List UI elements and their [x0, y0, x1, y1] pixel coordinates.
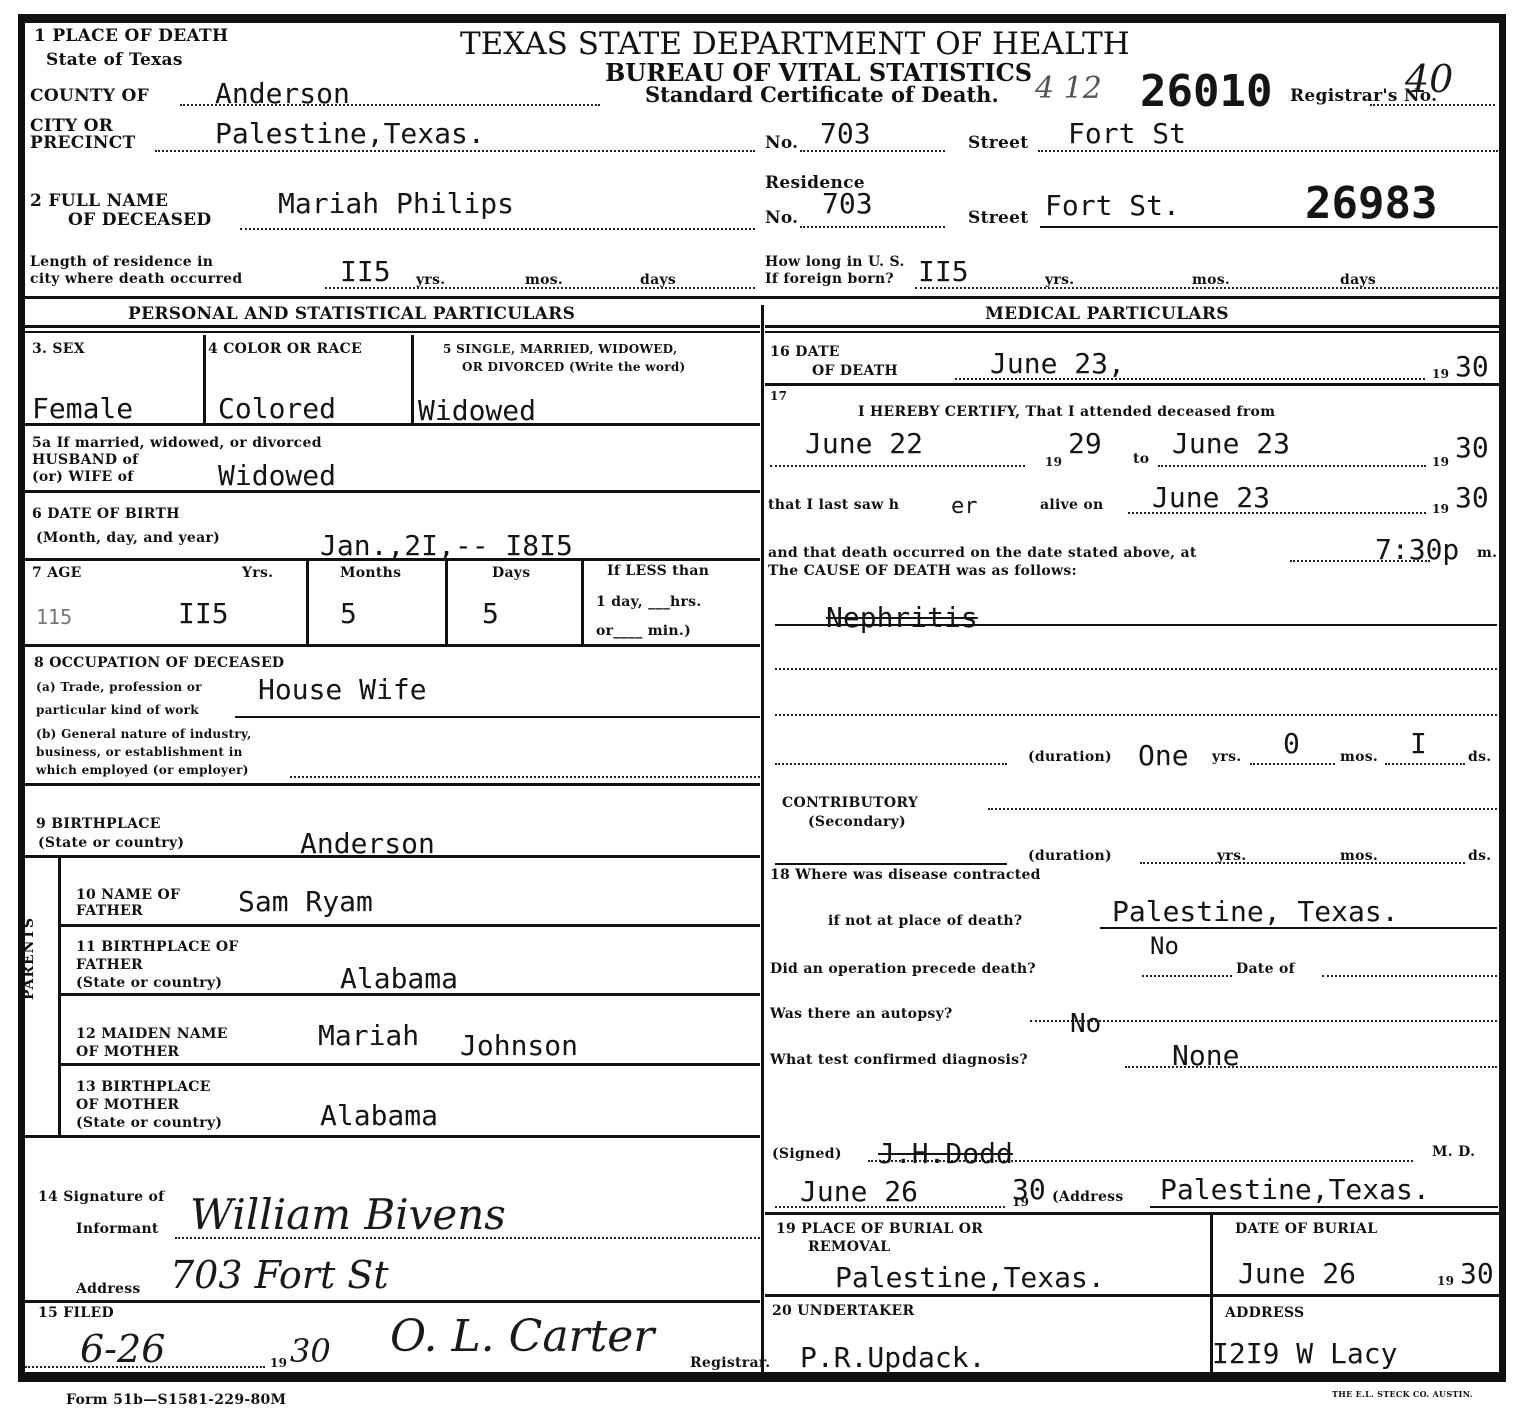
registrar-no: 40 — [1405, 60, 1453, 98]
duration-days-line — [1385, 763, 1465, 765]
contributory-label-2: (Secondary) — [808, 815, 906, 830]
personal-section-title: PERSONAL AND STATISTICAL PARTICULARS — [128, 306, 575, 323]
mother-bp-value: Alabama — [320, 1102, 438, 1130]
page-title: TEXAS STATE DEPARTMENT OF HEALTH — [460, 26, 1130, 62]
dod-year-prefix: 19 — [1432, 368, 1449, 381]
father-label-2: FATHER — [76, 904, 143, 919]
not-at-place-value: Palestine, Texas. — [1112, 898, 1399, 926]
registrar-label: Registrar. — [690, 1356, 770, 1371]
duration-days: I — [1410, 730, 1427, 758]
race-value: Colored — [218, 395, 336, 423]
dod-label-2: OF DEATH — [812, 364, 898, 379]
parents-label: PARENTS — [22, 917, 37, 1000]
burial-label-1: 19 PLACE OF BURIAL OR — [776, 1222, 983, 1237]
medical-title-rule-1 — [765, 325, 1500, 328]
cause-line-2 — [775, 668, 1497, 670]
duration-years: One — [1138, 742, 1189, 770]
contributory-ds-label: ds. — [1468, 849, 1491, 864]
row-rule-sex — [25, 423, 760, 426]
age-months-divider — [445, 560, 448, 644]
last-saw-date: June 23 — [1152, 484, 1270, 512]
undertaker-address-label: ADDRESS — [1225, 1306, 1304, 1321]
to-label: to — [1133, 452, 1149, 467]
row-rule-mother — [60, 1063, 760, 1066]
autopsy-value: No — [1070, 1010, 1101, 1038]
physician-address-label: (Address — [1052, 1190, 1124, 1205]
contributory-duration-line — [1140, 862, 1465, 864]
father-bp-label-1: 11 BIRTHPLACE OF — [76, 940, 239, 955]
county-label: COUNTY OF — [30, 88, 149, 105]
duration-months-line — [1250, 763, 1335, 765]
cert-number: 17 — [770, 390, 787, 403]
burial-year-prefix: 19 — [1437, 1275, 1454, 1288]
cause-line-1 — [775, 624, 1497, 626]
length-mos-label: mos. — [525, 273, 563, 288]
cause-line-3 — [775, 714, 1497, 716]
birthplace-label-2: (State or country) — [38, 836, 184, 851]
cert-text: I HEREBY CERTIFY, That I attended deceas… — [858, 405, 1275, 420]
sex-label: 3. SEX — [32, 342, 85, 357]
father-label-1: 10 NAME OF — [76, 888, 180, 903]
file-number: 26983 — [1305, 182, 1437, 226]
length-label-2: city where death occurred — [30, 272, 242, 287]
dob-value: Jan.,2I,-- I8I5 — [320, 532, 573, 560]
months-label: Months — [340, 566, 401, 581]
undertaker-label: 20 UNDERTAKER — [772, 1304, 914, 1319]
informant-address-label: Address — [76, 1282, 141, 1297]
dod-label-1: 16 DATE — [770, 345, 840, 360]
us-label-2: If foreign born? — [765, 272, 894, 287]
row-rule-dob — [25, 558, 760, 561]
res-no-value: 703 — [822, 190, 873, 218]
res-street-label: Street — [968, 210, 1028, 227]
informant-signature: William Bivens — [190, 1196, 506, 1234]
duration-months: 0 — [1283, 730, 1300, 758]
burial-year: 30 — [1460, 1260, 1494, 1288]
personal-title-rule-2 — [25, 331, 760, 333]
duration-label: (duration) — [1028, 750, 1112, 765]
row-rule-father — [60, 924, 760, 927]
informant-address: 703 Fort St — [170, 1256, 389, 1294]
no-label: No. — [765, 135, 798, 152]
dob-label-1: 6 DATE OF BIRTH — [32, 507, 180, 522]
res-street-value: Fort St. — [1045, 192, 1180, 220]
trade-label-2: particular kind of work — [36, 704, 199, 717]
contributory-label-1: CONTRIBUTORY — [782, 796, 918, 811]
contributory-line — [988, 808, 1497, 810]
dod-value: June 23, — [990, 350, 1125, 378]
marital-label-1: 5 SINGLE, MARRIED, WIDOWED, — [443, 343, 677, 356]
operation-line — [1142, 975, 1232, 977]
duration-mos-label: mos. — [1340, 750, 1378, 765]
physician-address: Palestine,Texas. — [1160, 1176, 1430, 1204]
age-label: 7 AGE — [32, 566, 82, 581]
filed-year: 30 — [290, 1332, 331, 1370]
spouse-label-3: (or) WIFE of — [32, 470, 134, 485]
us-label-1: How long in U. S. — [765, 255, 905, 270]
to-date-line — [1158, 465, 1426, 467]
row-rule-age — [25, 644, 760, 647]
signed-date-line — [775, 1206, 1005, 1208]
no-value: 703 — [820, 120, 871, 148]
marital-value: Widowed — [418, 397, 536, 425]
res-no-line — [800, 226, 945, 228]
parents-divider — [58, 858, 61, 1136]
row-rule-father-bp — [60, 993, 760, 996]
signed-date: June 26 — [800, 1178, 918, 1206]
filed-year-prefix: 19 — [270, 1357, 287, 1370]
duration-yrs-label: yrs. — [1212, 750, 1241, 765]
spouse-value: Widowed — [218, 462, 336, 490]
sex-race-divider — [203, 335, 206, 423]
date-of-line — [1322, 975, 1497, 977]
time-suffix: m. — [1477, 546, 1497, 561]
father-bp-label-2: FATHER — [76, 958, 143, 973]
not-at-place-label: if not at place of death? — [828, 914, 1022, 929]
us-yrs-label: yrs. — [1045, 273, 1074, 288]
industry-label-2: business, or establishment in — [36, 746, 243, 759]
personal-title-rule-1 — [25, 325, 760, 328]
age-years-divider — [306, 560, 309, 644]
contributory-duration-label: (duration) — [1028, 849, 1112, 864]
burial-label-2: REMOVAL — [808, 1240, 890, 1255]
autopsy-label: Was there an autopsy? — [770, 1007, 953, 1022]
row-rule-dod — [765, 383, 1500, 386]
test-value: None — [1172, 1042, 1239, 1070]
street-label: Street — [968, 135, 1028, 152]
operation-value: No — [1150, 932, 1179, 960]
attended-from-year: 29 — [1068, 430, 1102, 458]
us-years: II5 — [918, 258, 969, 286]
industry-line — [290, 776, 760, 778]
trade-line — [235, 716, 760, 718]
attended-to-year: 30 — [1455, 434, 1489, 462]
row-rule-mother-bp — [25, 1135, 760, 1138]
top-section-divider — [25, 296, 1500, 299]
stamp-number: 26010 — [1140, 70, 1272, 114]
last-saw-pronoun: er — [951, 493, 978, 521]
mother-label-1: 12 MAIDEN NAME — [76, 1027, 228, 1042]
mother-bp-label-3: (State or country) — [76, 1116, 222, 1131]
city-value: Palestine,Texas. — [215, 120, 485, 148]
registrar-signature: O. L. Carter — [390, 1318, 654, 1356]
county-value: Anderson — [215, 80, 350, 108]
father-value: Sam Ryam — [238, 888, 373, 916]
last-saw-label-1: that I last saw h — [768, 498, 899, 513]
place-of-death-label: 1 PLACE OF DEATH — [34, 28, 228, 45]
full-name-label-2: OF DECEASED — [68, 212, 211, 229]
filed-date-line — [25, 1366, 265, 1368]
race-marital-divider — [411, 335, 414, 423]
signed-year: 30 — [1012, 1176, 1046, 1204]
spouse-label-2: HUSBAND of — [32, 453, 138, 468]
length-line — [325, 287, 755, 289]
from-date-line — [770, 465, 1025, 467]
us-days-label: days — [1340, 273, 1376, 288]
us-line — [915, 287, 1498, 289]
length-years: II5 — [340, 258, 391, 286]
informant-label-1: 14 Signature of — [38, 1190, 165, 1205]
occupation-label: 8 OCCUPATION OF DECEASED — [34, 656, 284, 671]
race-label: 4 COLOR OR RACE — [208, 342, 362, 357]
less-than-label-1: If LESS than — [607, 564, 709, 579]
length-yrs-label: yrs. — [416, 273, 445, 288]
mother-bp-label-1: 13 BIRTHPLACE — [76, 1080, 211, 1095]
marital-label-2: OR DIVORCED (Write the word) — [462, 361, 686, 374]
physician-address-line — [1150, 1206, 1498, 1208]
row-rule-occupation — [25, 783, 760, 786]
age-months: 5 — [340, 600, 357, 628]
full-name-label-1: 2 FULL NAME — [30, 193, 168, 210]
to-year-prefix: 19 — [1432, 456, 1449, 469]
days-label: Days — [492, 566, 530, 581]
informant-label-2: Informant — [76, 1222, 159, 1237]
age-days: 5 — [482, 600, 499, 628]
mother-bp-label-2: OF MOTHER — [76, 1098, 179, 1113]
row-rule-signed — [765, 1212, 1500, 1215]
contributory-duration-pre-line — [775, 863, 1007, 865]
cause-value: Nephritis — [826, 604, 978, 632]
industry-label-3: which employed (or employer) — [36, 764, 249, 777]
from-year-prefix: 19 — [1045, 456, 1062, 469]
city-label-2: PRECINCT — [30, 135, 135, 152]
birthplace-label-1: 9 BIRTHPLACE — [36, 817, 161, 832]
printer-credit: THE E.L. STECK CO. AUSTIN. — [1332, 1388, 1473, 1401]
street-line — [1038, 150, 1498, 152]
state-label: State of Texas — [46, 52, 183, 69]
burial-date-label: DATE OF BURIAL — [1235, 1222, 1377, 1237]
attended-to-date: June 23 — [1172, 430, 1290, 458]
no-line — [800, 150, 945, 152]
dob-label-2: (Month, day, and year) — [36, 531, 220, 546]
street-value: Fort St — [1068, 120, 1186, 148]
length-label-1: Length of residence in — [30, 255, 213, 270]
sex-value: Female — [32, 395, 133, 423]
city-line — [155, 150, 755, 152]
mother-first: Mariah — [318, 1022, 419, 1050]
age-scribble: 115 — [36, 603, 72, 631]
cause-label: The CAUSE OF DEATH was as follows: — [768, 564, 1077, 579]
time-label: and that death occurred on the date stat… — [768, 546, 1197, 561]
medical-title-rule-2 — [765, 331, 1500, 333]
center-column-divider — [761, 305, 764, 1380]
trade-value: House Wife — [258, 676, 427, 704]
birthplace-value: Anderson — [300, 830, 435, 858]
undertaker-value: P.R.Updack. — [800, 1344, 985, 1372]
attended-from-date: June 22 — [805, 430, 923, 458]
operation-label: Did an operation precede death? — [770, 962, 1036, 977]
mother-last: Johnson — [460, 1032, 578, 1060]
registrar-no-line — [1370, 104, 1495, 106]
md-label: M. D. — [1432, 1145, 1475, 1160]
undertaker-address: I2I9 W Lacy — [1212, 1340, 1397, 1368]
medical-section-title: MEDICAL PARTICULARS — [985, 306, 1229, 323]
signed-label: (Signed) — [772, 1147, 842, 1162]
row-rule-spouse — [25, 490, 760, 493]
father-bp-value: Alabama — [340, 965, 458, 993]
full-name-value: Mariah Philips — [278, 190, 514, 218]
row-rule-burial — [765, 1294, 1500, 1297]
row-rule-birthplace — [25, 855, 760, 858]
stamp-prefix: 4 12 — [1035, 70, 1102, 108]
duration-pre-line — [775, 763, 1007, 765]
physician-signature: J.H.Dodd — [878, 1140, 1013, 1168]
dod-year: 30 — [1455, 353, 1489, 381]
form-number: Form 51b—S1581-229-80M — [66, 1393, 286, 1408]
filed-date: 6-26 — [80, 1330, 165, 1368]
age-days-divider — [581, 560, 584, 644]
burial-date: June 26 — [1238, 1260, 1356, 1288]
age-years: II5 — [178, 600, 229, 628]
less-than-label-3: or____ min.) — [596, 624, 691, 639]
row-rule-informant — [25, 1300, 760, 1303]
burial-place: Palestine,Texas. — [835, 1264, 1105, 1292]
mother-label-2: OF MOTHER — [76, 1045, 179, 1060]
duration-ds-label: ds. — [1468, 750, 1491, 765]
disease-contracted-label: 18 Where was disease contracted — [770, 868, 1041, 883]
last-saw-label-2: alive on — [1040, 498, 1104, 513]
father-bp-label-3: (State or country) — [76, 976, 222, 991]
form-name: Standard Certificate of Death. — [645, 82, 999, 107]
us-mos-label: mos. — [1192, 273, 1230, 288]
industry-label-1: (b) General nature of industry, — [36, 728, 252, 741]
last-saw-year-prefix: 19 — [1432, 503, 1449, 516]
full-name-line — [240, 228, 755, 230]
less-than-label-2: 1 day, ___hrs. — [596, 595, 702, 610]
age-yrs-label: Yrs. — [242, 566, 273, 581]
date-of-label: Date of — [1236, 962, 1295, 977]
last-saw-year: 30 — [1455, 484, 1489, 512]
trade-label-1: (a) Trade, profession or — [36, 681, 202, 694]
test-label: What test confirmed diagnosis? — [770, 1053, 1028, 1068]
res-no-label: No. — [765, 210, 798, 227]
length-days-label: days — [640, 273, 676, 288]
spouse-label-1: 5a If married, widowed, or divorced — [32, 436, 322, 451]
filed-label: 15 FILED — [38, 1306, 114, 1321]
death-time: 7:30p — [1375, 536, 1459, 564]
